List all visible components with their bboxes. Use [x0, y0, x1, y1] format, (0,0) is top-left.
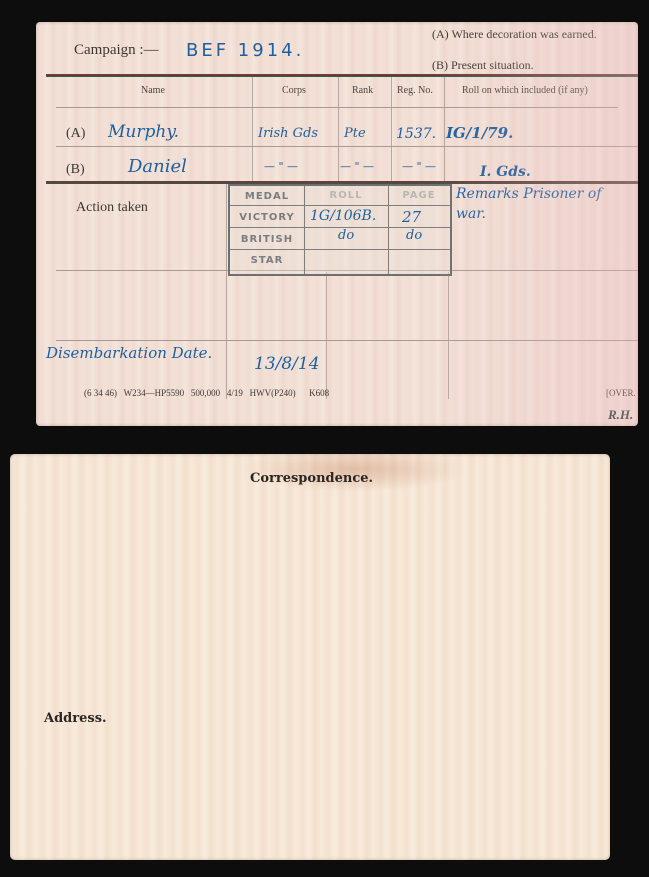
col-header-reg-no: Reg. No. — [397, 85, 433, 96]
stamp-roll-british: do — [338, 228, 354, 243]
table-bottom-rule — [46, 181, 638, 183]
action-taken-label: Action taken — [76, 200, 148, 216]
row-b-name: Daniel — [128, 156, 187, 177]
row-rule — [56, 107, 618, 108]
correspondence-label: Correspondence. — [250, 471, 373, 486]
col-divider — [444, 77, 445, 181]
stamp-header-roll: ROLL — [308, 190, 384, 201]
col-header-name: Name — [141, 85, 165, 96]
over-label: [OVER. — [606, 388, 636, 398]
row-a-corps: Irish Gds — [258, 126, 318, 141]
stamp-medal-british: BRITISH — [234, 234, 300, 245]
medal-card-back: Correspondence. Address. — [10, 454, 610, 860]
row-a-roll: IG/1/79. — [446, 124, 513, 142]
row-a-reg-no: 1537. — [396, 126, 436, 142]
remarks: Remarks Prisoner of war. — [456, 184, 616, 224]
address-label: Address. — [44, 711, 107, 726]
row-b-corps: — " — — [264, 160, 298, 173]
stamp-roll-victory: 1G/106B. — [310, 208, 376, 224]
stamp-rule — [230, 205, 450, 206]
row-rule — [56, 146, 638, 147]
grid-divider — [326, 272, 327, 399]
col-header-corps: Corps — [282, 85, 306, 96]
stamp-medal-victory: VICTORY — [234, 212, 300, 223]
grid-rule — [56, 340, 638, 341]
stamp-divider — [304, 186, 305, 274]
stamp-divider — [388, 186, 389, 274]
header-rule — [46, 74, 638, 76]
row-b-rank: — " — — [340, 160, 374, 173]
stamp-header-medal: MEDAL — [234, 191, 300, 202]
stamp-medal-star: STAR — [234, 255, 300, 266]
note-where-earned: (A) Where decoration was earned. — [432, 27, 597, 42]
row-a-rank: Pte — [344, 126, 366, 141]
col-header-rank: Rank — [352, 85, 373, 96]
row-b-reg-no: — " — — [402, 160, 436, 173]
row-b-roll: I. Gds. — [480, 164, 531, 180]
grid-divider — [226, 184, 227, 399]
medal-roll-stamp: MEDAL ROLL PAGE VICTORY 1G/106B. 27 BRIT… — [228, 184, 452, 276]
row-b-prefix: (B) — [66, 162, 85, 178]
col-divider — [338, 77, 339, 181]
stamp-rule — [230, 249, 450, 250]
note-present-situation: (B) Present situation. — [432, 58, 534, 73]
disembarkation-label: Disembarkation Date. — [46, 342, 216, 364]
print-code: (6 34 46) W234—HP5590 500,000 4/19 HWV(P… — [84, 388, 329, 398]
col-header-roll: Roll on which included (if any) — [462, 85, 588, 96]
campaign-value: BEF 1914. — [186, 40, 304, 61]
row-a-name: Murphy. — [108, 122, 179, 142]
disembarkation-date: 13/8/14 — [254, 354, 320, 374]
initials: R.H. — [608, 407, 633, 423]
col-divider — [391, 77, 392, 181]
medal-card-front: Campaign :— BEF 1914. (A) Where decorati… — [36, 22, 638, 426]
campaign-label: Campaign :— — [74, 42, 159, 59]
col-divider — [252, 77, 253, 181]
grid-divider — [448, 272, 449, 399]
stamp-header-page: PAGE — [392, 190, 446, 201]
stamp-page-british: do — [406, 228, 422, 243]
stamp-page-victory: 27 — [402, 208, 421, 226]
row-a-prefix: (A) — [66, 126, 85, 142]
